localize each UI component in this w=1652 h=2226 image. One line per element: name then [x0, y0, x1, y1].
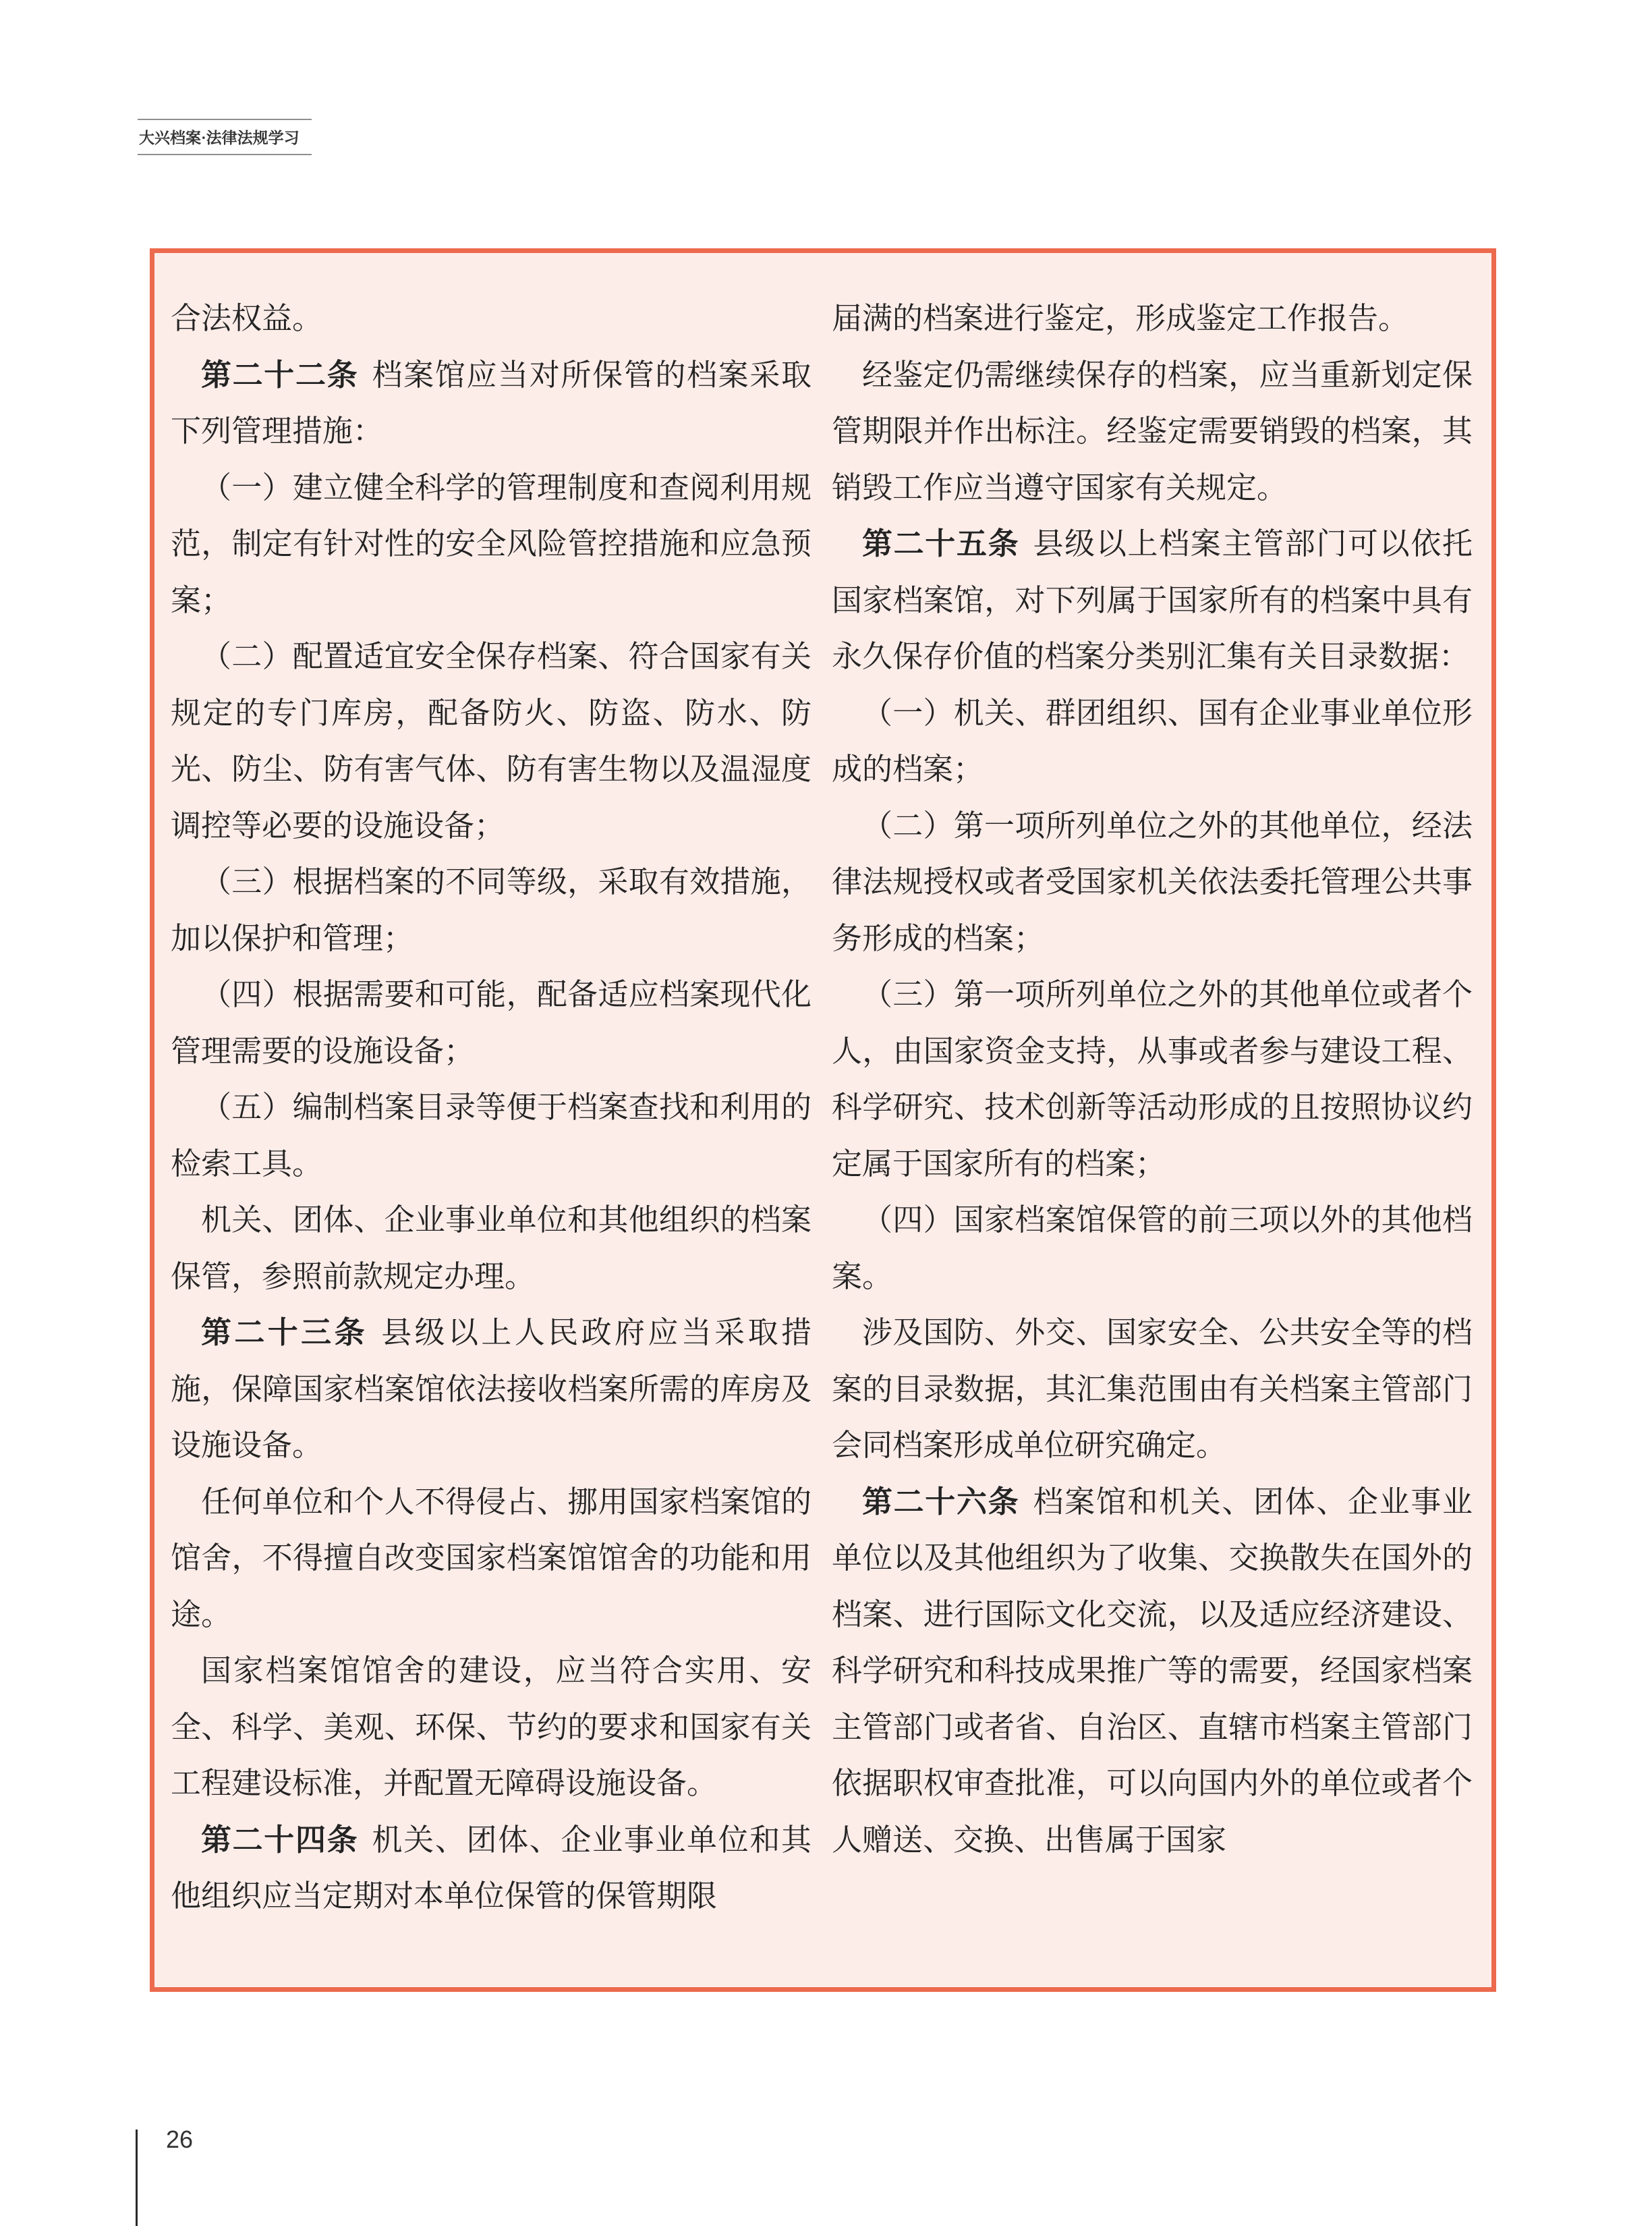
masthead-title: 大兴档案·法律法规学习	[139, 126, 310, 148]
article-number: 第二十二条	[201, 358, 358, 392]
article-number: 第二十三条	[201, 1315, 368, 1349]
text-column-left: 合法权益。第二十二条档案馆应当对所保管的档案采取下列管理措施：（一）建立健全科学…	[171, 290, 811, 1924]
paragraph: 任何单位和个人不得侵占、挪用国家档案馆的馆舍，不得擅自改变国家档案馆馆舍的功能和…	[171, 1474, 811, 1643]
article-paragraph: 第二十四条机关、团体、企业事业单位和其他组织应当定期对本单位保管的保管期限	[171, 1812, 811, 1924]
text-column-right: 届满的档案进行鉴定，形成鉴定工作报告。经鉴定仍需继续保存的档案，应当重新划定保管…	[832, 290, 1473, 1868]
paragraph: 经鉴定仍需继续保存的档案，应当重新划定保管期限并作出标注。经鉴定需要销毁的档案，…	[832, 347, 1473, 516]
page-number: 26	[166, 2125, 193, 2154]
paragraph: （四）根据需要和可能，配备适应档案现代化管理需要的设施设备；	[171, 966, 811, 1079]
paragraph: （三）根据档案的不同等级，采取有效措施，加以保护和管理；	[171, 854, 811, 966]
paragraph: （三）第一项所列单位之外的其他单位或者个人，由国家资金支持，从事或者参与建设工程…	[832, 966, 1473, 1192]
law-text-box: 合法权益。第二十二条档案馆应当对所保管的档案采取下列管理措施：（一）建立健全科学…	[150, 248, 1496, 1992]
paragraph: 届满的档案进行鉴定，形成鉴定工作报告。	[832, 290, 1473, 347]
paragraph: 机关、团体、企业事业单位和其他组织的档案保管，参照前款规定办理。	[171, 1192, 811, 1304]
article-number: 第二十五条	[862, 526, 1019, 561]
article-paragraph: 第二十三条县级以上人民政府应当采取措施，保障国家档案馆依法接收档案所需的库房及设…	[171, 1304, 811, 1474]
footer-divider	[136, 2130, 138, 2226]
article-paragraph: 第二十二条档案馆应当对所保管的档案采取下列管理措施：	[171, 347, 811, 460]
paragraph: 涉及国防、外交、国家安全、公共安全等的档案的目录数据，其汇集范围由有关档案主管部…	[832, 1304, 1473, 1474]
article-number: 第二十四条	[201, 1822, 358, 1857]
paragraph: （五）编制档案目录等便于档案查找和利用的检索工具。	[171, 1079, 811, 1192]
paragraph: （二）第一项所列单位之外的其他单位，经法律法规授权或者受国家机关依法委托管理公共…	[832, 798, 1473, 967]
paragraph: 合法权益。	[171, 290, 811, 347]
magazine-page: 大兴档案·法律法规学习 合法权益。第二十二条档案馆应当对所保管的档案采取下列管理…	[0, 0, 1652, 2226]
article-number: 第二十六条	[862, 1484, 1019, 1519]
masthead: 大兴档案·法律法规学习	[138, 119, 312, 155]
paragraph: （二）配置适宜安全保存档案、符合国家有关规定的专门库房，配备防火、防盗、防水、防…	[171, 628, 811, 854]
paragraph: （四）国家档案馆保管的前三项以外的其他档案。	[832, 1192, 1473, 1304]
paragraph: （一）机关、群团组织、国有企业事业单位形成的档案；	[832, 685, 1473, 798]
article-paragraph: 第二十五条县级以上档案主管部门可以依托国家档案馆，对下列属于国家所有的档案中具有…	[832, 516, 1473, 685]
paragraph: （一）建立健全科学的管理制度和查阅利用规范，制定有针对性的安全风险管控措施和应急…	[171, 460, 811, 629]
article-paragraph: 第二十六条档案馆和机关、团体、企业事业单位以及其他组织为了收集、交换散失在国外的…	[832, 1474, 1473, 1868]
paragraph: 国家档案馆馆舍的建设，应当符合实用、安全、科学、美观、环保、节约的要求和国家有关…	[171, 1642, 811, 1812]
